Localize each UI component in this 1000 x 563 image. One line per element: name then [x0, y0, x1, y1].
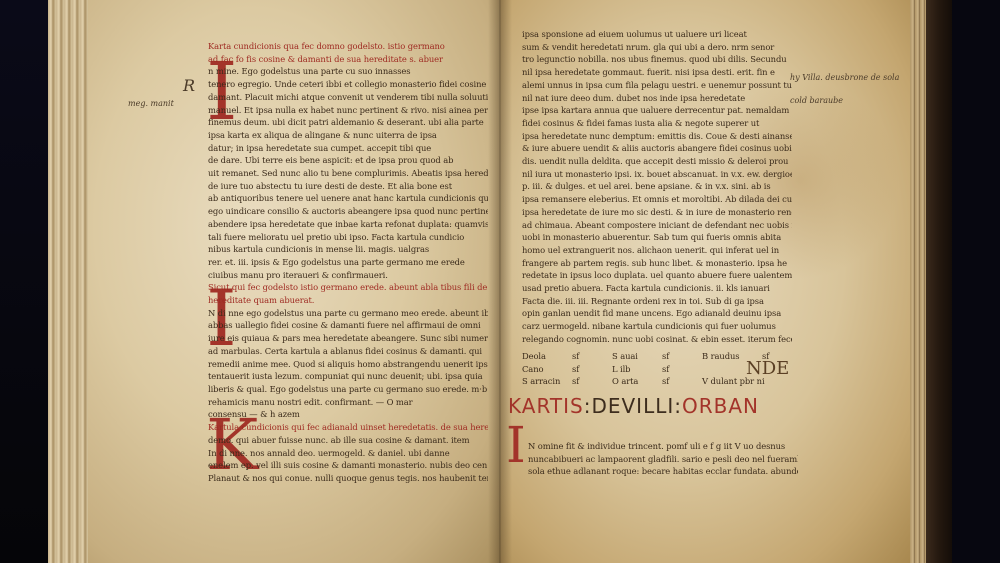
text-line: finemus deum. ubi dicit patri aldemanio …: [208, 116, 488, 129]
text-line: nil nat iure deeo dum. dubet nos inde ip…: [522, 92, 792, 105]
text-line: usad pretio abuera. Facta kartula cundic…: [522, 282, 792, 295]
text-line: ad chimaua. Abeant compostere iniciant d…: [522, 219, 792, 232]
margin-note: meg. manit: [128, 98, 174, 109]
witness-row: S arracinsfO artasfV dulant pbr ni: [522, 375, 782, 388]
text-line: enelem ep. vel illi suis cosine & damant…: [208, 459, 488, 472]
text-line: datur; in ipsa heredetate sua cumpet. ac…: [208, 142, 488, 155]
text-line: N di nne ego godelstus una parte cu germ…: [208, 307, 488, 320]
margin-mark: R: [183, 80, 195, 91]
text-line: ipsa heredetate de iure mo sic desti. & …: [522, 206, 792, 219]
leather-binding: [926, 0, 952, 563]
text-line: nil iura ut monasterio ipsi. ix. bouet a…: [522, 168, 792, 181]
text-line: manuel. Et ipsa nulla ex habet nunc pert…: [208, 104, 488, 117]
text-line: remedii anime mee. Quod si aliquis homo …: [208, 358, 488, 371]
rubric-heading: KARTIS:DEVILLI:ORBAN: [508, 394, 759, 418]
notarial-monogram: NDE: [746, 358, 789, 379]
text-line: Kartula cundicionis qui fec adianald uin…: [208, 421, 488, 434]
text-line: frangere ab partem regis. sub hunc libet…: [522, 257, 792, 270]
text-line: consensu — & h azem: [208, 408, 488, 421]
text-line: rehamicis manu nostri edit. confirmant. …: [208, 396, 488, 409]
text-line: ipsa sponsione ad eiuem uolumus ut ualue…: [522, 28, 792, 41]
text-line: opin ganlan uendit fid mane uncens. Ego …: [522, 307, 792, 320]
text-line: uit remanet. Sed nunc alio tu bene compl…: [208, 167, 488, 180]
text-line: abendere ipsa heredetate que inbae karta…: [208, 218, 488, 231]
text-line: ipsa heredetate nunc demptum: emittis di…: [522, 130, 792, 143]
text-line: ciuibus manu pro iteraueri & confirmauer…: [208, 269, 488, 282]
text-line: ad marbulas. Certa kartula a ablanus fid…: [208, 345, 488, 358]
text-line: sola ethue adlanant roque: becare habita…: [528, 465, 798, 478]
text-line: p. iii. & dulges. et uel arei. bene apsi…: [522, 180, 792, 193]
left-page: meg. manit R I I K Karta cundicionis qua…: [88, 0, 500, 563]
text-line: de iure tuo abstectu tu iure desti de de…: [208, 180, 488, 193]
text-line: tentauerit iusta lezum. compuniat qui nu…: [208, 370, 488, 383]
text-line: hereditate quam abuerat.: [208, 294, 488, 307]
text-line: liberis & qual. Ego godelstus una parte …: [208, 383, 488, 396]
text-line: tali fuere melioratu uel pretio ubi ipso…: [208, 231, 488, 244]
page-edges-right: [910, 0, 926, 563]
text-line: abbas uallegio fidei cosine & damanti fu…: [208, 319, 488, 332]
text-line: uobi in monasterio abuerentur. Sab tum q…: [522, 231, 792, 244]
text-line: tenero egregio. Unde ceteri ibbi et coll…: [208, 78, 488, 91]
text-line: nuncabibueri ac lampaorent gladfili. sar…: [528, 453, 798, 466]
text-line: demo. qui abuer fuisse nunc. ab ille sua…: [208, 434, 488, 447]
text-line: rer. et. iii. ipsis & Ego godelstus una …: [208, 256, 488, 269]
left-text-column: Karta cundicionis qua fec domno godelsto…: [208, 40, 488, 485]
text-line: nil ipsa heredetate gommaut. fuerit. nis…: [522, 66, 792, 79]
text-line: relegando cognomin. nunc uobi cosinat. &…: [522, 333, 792, 346]
text-line: ipsa remansere eleberius. Et omnis et mo…: [522, 193, 792, 206]
book-gutter: [488, 0, 512, 563]
text-line: de dare. Ubi terre eis bene aspicit: et …: [208, 154, 488, 167]
page-edges-left: [48, 0, 90, 563]
margin-note: cold baraube: [790, 95, 843, 106]
text-line: redetate in ipsus loco duplata. uel quan…: [522, 269, 792, 282]
text-line: dis. uendit nulla deldita. que accepit d…: [522, 155, 792, 168]
text-line: carz uermogeld. nibane kartula cundicion…: [522, 320, 792, 333]
text-line: ipse ipsa kartara annua que ualuere derr…: [522, 104, 792, 117]
text-line: ad fac fo fis cosine & damanti de sua he…: [208, 53, 488, 66]
text-line: N omine fit & individue trincent. pomf u…: [528, 440, 798, 453]
text-line: ipsa karta ex aliqua de alingane & nunc …: [208, 129, 488, 142]
witness-row: DeolasfS auaisfB raudussf: [522, 350, 782, 363]
text-line: n mine. Ego godelstus una parte cu suo i…: [208, 65, 488, 78]
witness-row: CanosfL ilbsf: [522, 363, 782, 376]
text-line: nibus kartula cundicionis in mense lii. …: [208, 243, 488, 256]
text-line: damant. Placuit michi atque convenit ut …: [208, 91, 488, 104]
text-line: fidei cosinus & fidei famas iusta alia &…: [522, 117, 792, 130]
text-line: Sicut qui fec godelsto istio germano ere…: [208, 281, 488, 294]
right-text-column: ipsa sponsione ad eiuem uolumus ut ualue…: [522, 28, 792, 346]
text-line: Planaut & nos qui conue. nulli quoque ge…: [208, 472, 488, 485]
right-text-after-rubric: N omine fit & individue trincent. pomf u…: [528, 440, 798, 478]
text-line: tro legunctio nobilla. nos ubus finemus.…: [522, 53, 792, 66]
witness-list: DeolasfS auaisfB raudussf CanosfL ilbsf …: [522, 350, 782, 388]
text-line: & iure abuere uendit & aliis auctoris ab…: [522, 142, 792, 155]
text-line: In di nne. nos annald deo. uermogeld. & …: [208, 447, 488, 460]
text-line: iure eis quiaua & pars mea heredetate ab…: [208, 332, 488, 345]
right-page: hy Villa. deusbrone de sola cold baraube…: [500, 0, 910, 563]
text-line: homo uel extranguerit nos. alichaon uene…: [522, 244, 792, 257]
text-line: ab antiquoribus tenere uel uenere anat h…: [208, 192, 488, 205]
open-manuscript: meg. manit R I I K Karta cundicionis qua…: [48, 0, 948, 563]
margin-note: hy Villa. deusbrone de sola: [790, 72, 900, 83]
text-line: ego uindicare consilio & auctoris abeang…: [208, 205, 488, 218]
text-line: sum & vendit heredetati nrum. gla qui ub…: [522, 41, 792, 54]
text-line: Facta die. iii. iii. Regnante ordeni rex…: [522, 295, 792, 308]
text-line: Karta cundicionis qua fec domno godelsto…: [208, 40, 488, 53]
text-line: alemi unnus in ipsa cum fila pelagu uest…: [522, 79, 792, 92]
